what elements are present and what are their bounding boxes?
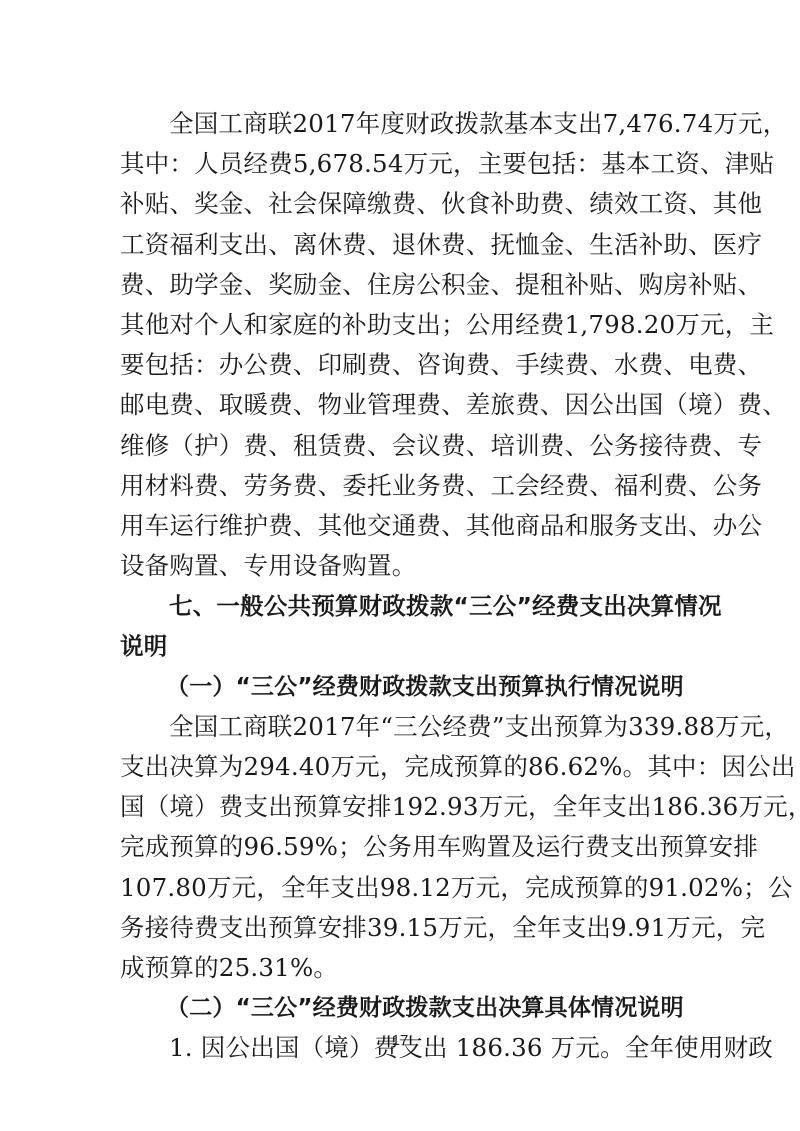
text-line: 成预算的25.31%。	[120, 948, 685, 988]
page-number: 17	[0, 1032, 800, 1049]
document-page: 全国工商联2017年度财政拨款基本支出7,476.74万元， 其中：人员经费5,…	[120, 104, 685, 1069]
text-line: 费、助学金、奖励金、住房公积金、提租补贴、购房补贴、	[120, 265, 685, 305]
text-line: 完成预算的96.59%；公务用车购置及运行费支出预算安排	[120, 827, 685, 867]
subheading-budget-execution: （一）“三公”经费财政拨款支出预算执行情况说明	[120, 667, 685, 707]
section-heading-seven: 七、一般公共预算财政拨款“三公”经费支出决算情况 说明	[120, 586, 685, 666]
text-line: 用材料费、劳务费、委托业务费、工会经费、福利费、公务	[120, 466, 685, 506]
text-line: 务接待费支出预算安排39.15万元，全年支出9.91万元，完	[120, 908, 685, 948]
text-line: 邮电费、取暖费、物业管理费、差旅费、因公出国（境）费、	[120, 385, 685, 425]
text-line: 用车运行维护费、其他交通费、其他商品和服务支出、办公	[120, 506, 685, 546]
heading-line: 七、一般公共预算财政拨款“三公”经费支出决算情况	[120, 586, 685, 626]
text-line: 支出决算为294.40万元，完成预算的86.62%。其中：因公出	[120, 747, 685, 787]
paragraph-three-public-budget: 全国工商联2017年“三公经费”支出预算为339.88万元， 支出决算为294.…	[120, 707, 685, 988]
paragraph-basic-expenditure: 全国工商联2017年度财政拨款基本支出7,476.74万元， 其中：人员经费5,…	[120, 104, 685, 586]
text-line: 107.80万元，全年支出98.12万元，完成预算的91.02%；公	[120, 868, 685, 908]
text-line: 全国工商联2017年度财政拨款基本支出7,476.74万元，	[120, 104, 685, 144]
text-line: 维修（护）费、租赁费、会议费、培训费、公务接待费、专	[120, 426, 685, 466]
text-line: 其中：人员经费5,678.54万元，主要包括：基本工资、津贴	[120, 144, 685, 184]
text-line: 其他对个人和家庭的补助支出；公用经费1,798.20万元，主	[120, 305, 685, 345]
text-line: 设备购置、专用设备购置。	[120, 546, 685, 586]
text-line: 补贴、奖金、社会保障缴费、伙食补助费、绩效工资、其他	[120, 184, 685, 224]
text-line: 全国工商联2017年“三公经费”支出预算为339.88万元，	[120, 707, 685, 747]
text-line: 要包括：办公费、印刷费、咨询费、手续费、水费、电费、	[120, 345, 685, 385]
heading-line: 说明	[120, 626, 685, 666]
subheading-final-accounts: （二）“三公”经费财政拨款支出决算具体情况说明	[120, 988, 685, 1028]
text-line: 国（境）费支出预算安排192.93万元，全年支出186.36万元，	[120, 787, 685, 827]
text-line: 工资福利支出、离休费、退休费、抚恤金、生活补助、医疗	[120, 225, 685, 265]
